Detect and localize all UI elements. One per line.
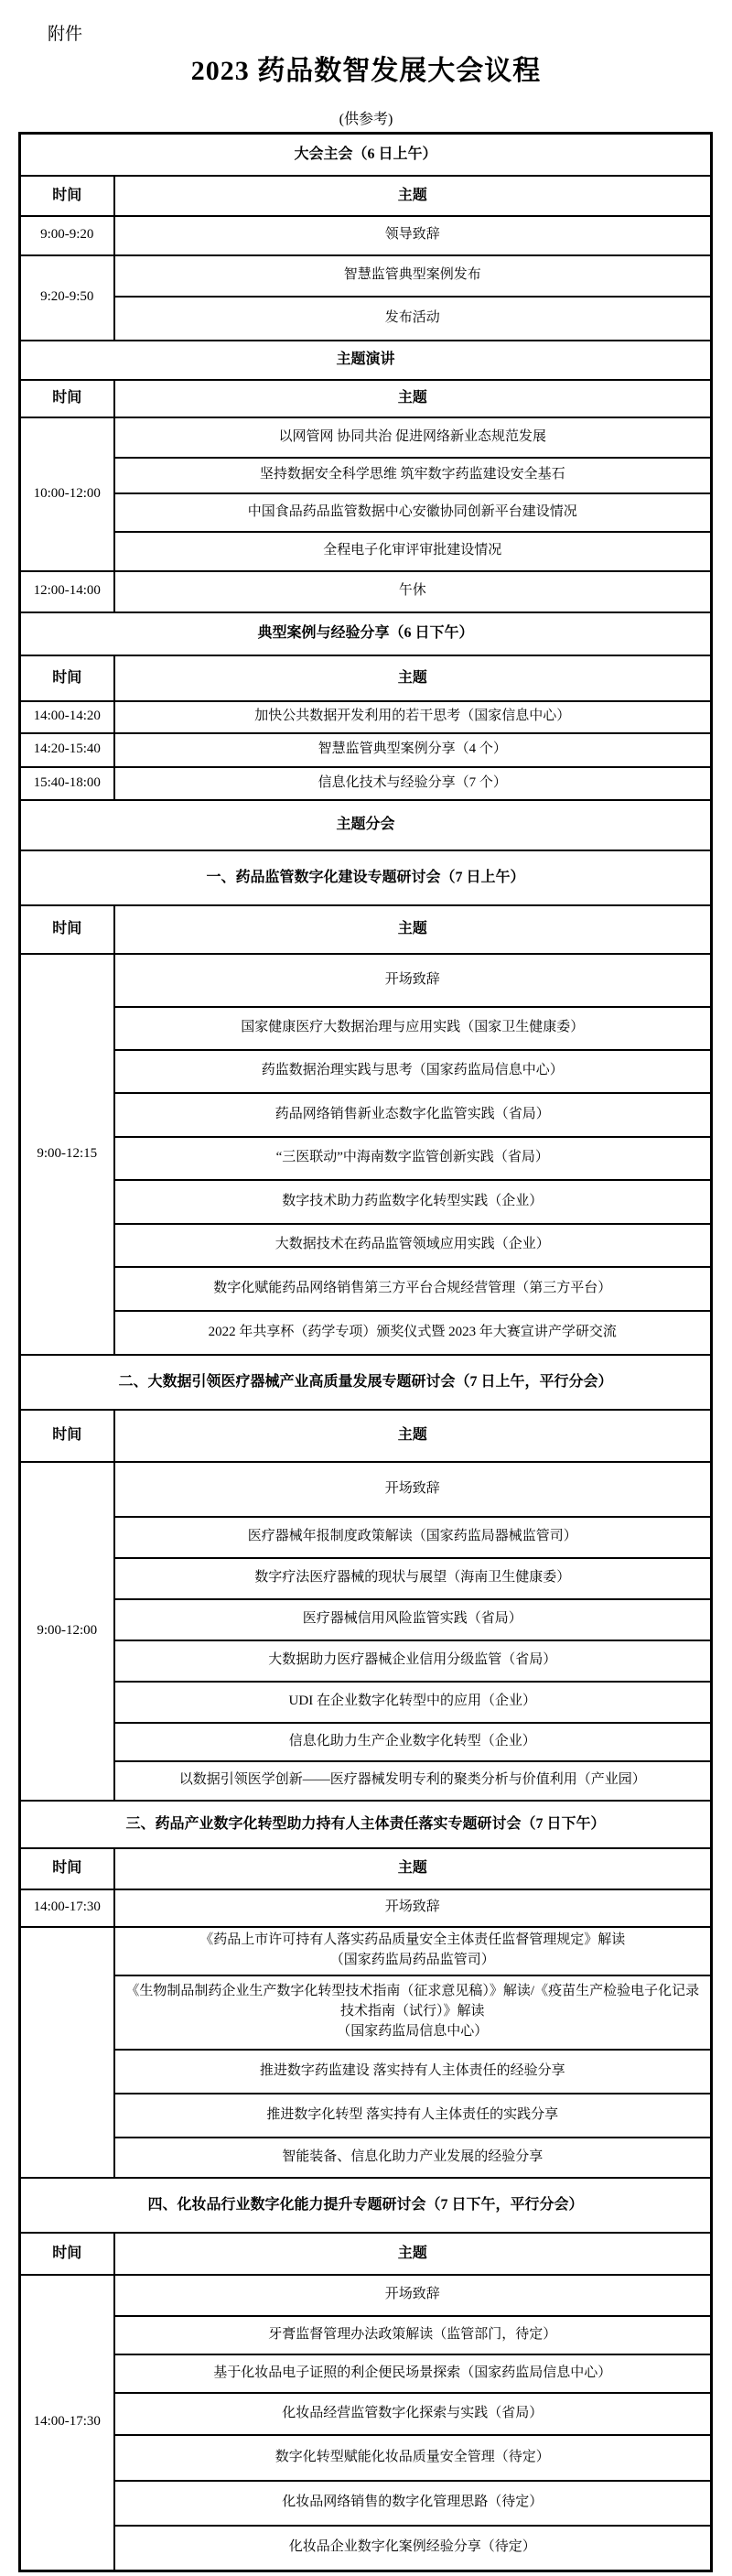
time-cell-empty [20,1927,114,2178]
col-header-topic: 主题 [114,655,712,701]
topic-cell: 化妆品企业数字化案例经验分享（待定） [114,2526,712,2571]
topic-cell: 中国食品药品监管数据中心安徽协同创新平台建设情况 [114,493,712,532]
topic-org-line: （国家药监局信息中心） [123,2022,704,2042]
topic-cell: 药监数据治理实践与思考（国家药监局信息中心） [114,1050,712,1093]
topic-cell: 数字化转型赋能化妆品质量安全管理（待定） [114,2435,712,2481]
topic-cell: 开场致辞 [114,1889,712,1927]
section-header-seminar-2: 二、大数据引领医疗器械产业高质量发展专题研讨会（7 日上午，平行分会） [20,1355,712,1410]
topic-cell: 2022 年共享杯（药学专项）颁奖仪式暨 2023 年大赛宣讲产学研交流 [114,1311,712,1355]
document-page: 附件 2023 药品数智发展大会议程 (供参考) 大会主会（6 日上午） 时间 … [0,0,732,2576]
agenda-table: 大会主会（6 日上午） 时间 主题 9:00-9:20 领导致辞 9:20-9:… [18,132,713,2572]
reference-note: (供参考) [0,107,732,128]
time-cell: 14:00-14:20 [20,701,114,733]
time-cell: 14:00-17:30 [20,2275,114,2571]
time-cell: 14:20-15:40 [20,733,114,767]
topic-cell: 信息化助力生产企业数字化转型（企业） [114,1723,712,1761]
col-header-time: 时间 [20,1410,114,1462]
topic-cell: 医疗器械信用风险监管实践（省局） [114,1599,712,1640]
col-header-topic: 主题 [114,1410,712,1462]
col-header-topic: 主题 [114,905,712,954]
topic-cell: 数字疗法医疗器械的现状与展望（海南卫生健康委） [114,1558,712,1599]
topic-cell: 医疗器械年报制度政策解读（国家药监局器械监管司） [114,1517,712,1558]
col-header-time: 时间 [20,1848,114,1889]
time-cell: 9:00-12:00 [20,1462,114,1801]
topic-cell: 智慧监管典型案例分享（4 个） [114,733,712,767]
time-cell: 10:00-12:00 [20,417,114,571]
topic-cell: 基于化妆品电子证照的利企便民场景探索（国家药监局信息中心） [114,2354,712,2393]
topic-cell: 加快公共数据开发利用的若干思考（国家信息中心） [114,701,712,733]
section-header-seminar-1: 一、药品监管数字化建设专题研讨会（7 日上午） [20,850,712,905]
attachment-label: 附件 [48,20,82,45]
col-header-time: 时间 [20,2233,114,2275]
topic-cell: 以网管网 协同共治 促进网络新业态规范发展 [114,417,712,458]
topic-line: 《生物制品制药企业生产数字化转型技术指南（征求意见稿）》解读/《疫苗生产检验电子… [123,1982,704,2022]
topic-cell: 《生物制品制药企业生产数字化转型技术指南（征求意见稿）》解读/《疫苗生产检验电子… [114,1975,712,2050]
topic-cell: 午休 [114,571,712,612]
time-cell: 9:00-9:20 [20,216,114,255]
topic-cell: 推进数字化转型 落实持有人主体责任的实践分享 [114,2094,712,2138]
col-header-time: 时间 [20,655,114,701]
topic-cell: 药品网络销售新业态数字化监管实践（省局） [114,1093,712,1137]
col-header-time: 时间 [20,905,114,954]
section-header-main-assembly: 大会主会（6 日上午） [20,134,712,176]
topic-cell: 开场致辞 [114,1462,712,1517]
col-header-topic: 主题 [114,1848,712,1889]
time-cell: 12:00-14:00 [20,571,114,612]
topic-cell: “三医联动”中海南数字监管创新实践（省局） [114,1137,712,1180]
time-cell: 15:40-18:00 [20,767,114,800]
time-cell: 14:00-17:30 [20,1889,114,1927]
col-header-topic: 主题 [114,2233,712,2275]
topic-cell: 《药品上市许可持有人落实药品质量安全主体责任监督管理规定》解读 （国家药监局药品… [114,1927,712,1975]
topic-org-line: （国家药监局药品监管司） [123,1951,704,1971]
col-header-time: 时间 [20,380,114,417]
topic-cell: 以数据引领医学创新——医疗器械发明专利的聚类分析与价值利用（产业园） [114,1761,712,1801]
section-header-keynotes: 主题演讲 [20,341,712,380]
col-header-topic: 主题 [114,380,712,417]
topic-line: 《药品上市许可持有人落实药品质量安全主体责任监督管理规定》解读 [123,1931,704,1951]
topic-cell: 全程电子化审评审批建设情况 [114,532,712,571]
topic-cell: UDI 在企业数字化转型中的应用（企业） [114,1682,712,1723]
topic-cell: 大数据技术在药品监管领域应用实践（企业） [114,1224,712,1267]
topic-cell: 发布活动 [114,297,712,341]
topic-cell: 智能装备、信息化助力产业发展的经验分享 [114,2138,712,2178]
section-header-seminar-3: 三、药品产业数字化转型助力持有人主体责任落实专题研讨会（7 日下午） [20,1801,712,1848]
section-header-seminar-4: 四、化妆品行业数字化能力提升专题研讨会（7 日下午，平行分会） [20,2178,712,2233]
topic-cell: 坚持数据安全科学思维 筑牢数字药监建设安全基石 [114,458,712,493]
topic-cell: 数字技术助力药监数字化转型实践（企业） [114,1180,712,1224]
time-cell: 9:20-9:50 [20,255,114,341]
topic-cell: 智慧监管典型案例发布 [114,255,712,297]
topic-cell: 开场致辞 [114,2275,712,2316]
topic-cell: 数字化赋能药品网络销售第三方平台合规经营管理（第三方平台） [114,1267,712,1311]
time-cell: 9:00-12:15 [20,954,114,1355]
topic-cell: 化妆品网络销售的数字化管理思路（待定） [114,2481,712,2526]
section-header-cases: 典型案例与经验分享（6 日下午） [20,612,712,655]
col-header-topic: 主题 [114,176,712,216]
topic-cell: 化妆品经营监管数字化探索与实践（省局） [114,2393,712,2435]
topic-cell: 推进数字药监建设 落实持有人主体责任的经验分享 [114,2050,712,2094]
topic-cell: 开场致辞 [114,954,712,1007]
topic-cell: 领导致辞 [114,216,712,255]
topic-cell: 信息化技术与经验分享（7 个） [114,767,712,800]
page-title: 2023 药品数智发展大会议程 [0,48,732,88]
col-header-time: 时间 [20,176,114,216]
section-header-breakouts: 主题分会 [20,800,712,850]
topic-cell: 牙膏监督管理办法政策解读（监管部门，待定） [114,2316,712,2354]
topic-cell: 大数据助力医疗器械企业信用分级监管（省局） [114,1640,712,1682]
topic-cell: 国家健康医疗大数据治理与应用实践（国家卫生健康委） [114,1007,712,1050]
